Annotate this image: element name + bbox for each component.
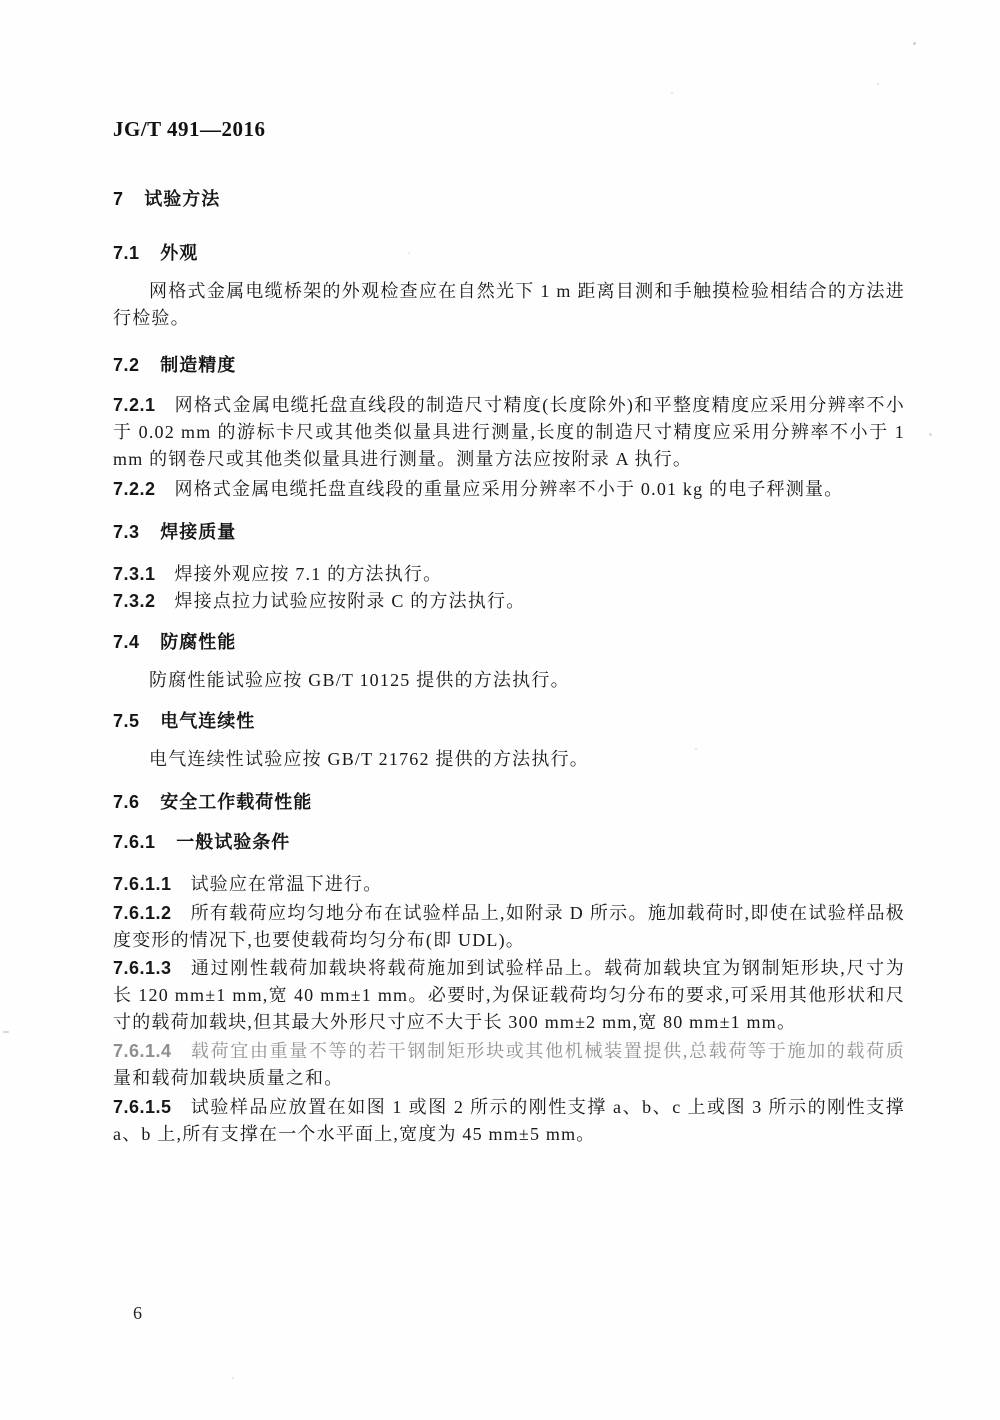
clause-7-2-2: 7.2.2网格式金属电缆托盘直线段的重量应采用分辨率不小于 0.01 kg 的电… — [113, 476, 905, 503]
paragraph-7-1: 网格式金属电缆桥架的外观检查应在自然光下 1 m 距离目测和手触摸检验相结合的方… — [113, 278, 905, 332]
scan-speck — [408, 252, 410, 254]
clause-title: 外观 — [160, 243, 198, 263]
section-heading-7-2: 7.2制造精度 — [113, 354, 905, 376]
section-heading-7-3: 7.3焊接质量 — [113, 521, 905, 543]
section-heading-7-4: 7.4防腐性能 — [113, 631, 905, 653]
section-heading-7-6: 7.6安全工作载荷性能 — [113, 791, 905, 813]
paragraph-7-4: 防腐性能试验应按 GB/T 10125 提供的方法执行。 — [113, 667, 905, 694]
clause-number: 7.6.1.5 — [113, 1097, 172, 1117]
clause-7-2-1: 7.2.1网格式金属电缆托盘直线段的制造尺寸精度(长度除外)和平整度精度应采用分… — [113, 392, 905, 473]
clause-number: 7.6.1.2 — [113, 903, 172, 923]
scan-speck — [232, 1377, 234, 1379]
clause-number: 7 — [113, 188, 124, 210]
clause-number: 7.6.1.1 — [113, 874, 172, 894]
clause-text: 网格式金属电缆托盘直线段的制造尺寸精度(长度除外)和平整度精度应采用分辨率不小于… — [113, 395, 905, 469]
clause-number: 7.2.1 — [113, 395, 156, 415]
chapter-heading-7: 7试验方法 — [113, 188, 905, 210]
clause-number: 7.6.1.3 — [113, 958, 172, 978]
clause-7-6-1-4: 7.6.1.4载荷宜由重量不等的若干钢制矩形块或其他机械装置提供,总载荷等于施加… — [113, 1038, 905, 1092]
clause-number: 7.6.1 — [113, 831, 156, 853]
clause-title: 电气连续性 — [160, 711, 255, 731]
clause-text: 焊接外观应按 7.1 的方法执行。 — [174, 564, 442, 584]
clause-number: 7.3.2 — [113, 591, 156, 611]
scan-speck — [877, 83, 879, 85]
clause-text: 所有载荷应均匀地分布在试验样品上,如附录 D 所示。施加载荷时,即使在试验样品极… — [113, 903, 905, 950]
paragraph-7-5: 电气连续性试验应按 GB/T 21762 提供的方法执行。 — [113, 746, 905, 773]
clause-title: 安全工作载荷性能 — [160, 792, 312, 812]
clause-number: 7.2.2 — [113, 479, 156, 499]
clause-title: 防腐性能 — [160, 632, 236, 652]
clause-text: 网格式金属电缆托盘直线段的重量应采用分辨率不小于 0.01 kg 的电子秤测量。 — [174, 479, 843, 499]
clause-number: 7.6 — [113, 791, 140, 813]
scan-speck — [695, 748, 697, 750]
scan-speck — [3, 1031, 9, 1033]
section-heading-7-5: 7.5电气连续性 — [113, 710, 905, 732]
scan-speck — [913, 42, 916, 45]
clause-text: 试验样品应放置在如图 1 或图 2 所示的刚性支撑 a、b、c 上或图 3 所示… — [113, 1097, 905, 1144]
clause-number: 7.5 — [113, 710, 140, 732]
document-page: JG/T 491—2016 7试验方法 7.1外观 网格式金属电缆桥架的外观检查… — [0, 0, 1000, 1420]
clause-number: 7.4 — [113, 631, 140, 653]
clause-title: 焊接质量 — [160, 522, 236, 542]
clause-7-6-1-5: 7.6.1.5试验样品应放置在如图 1 或图 2 所示的刚性支撑 a、b、c 上… — [113, 1094, 905, 1148]
clause-number: 7.3 — [113, 521, 140, 543]
clause-7-6-1-1: 7.6.1.1试验应在常温下进行。 — [113, 871, 905, 898]
clause-number: 7.3.1 — [113, 564, 156, 584]
section-heading-7-1: 7.1外观 — [113, 242, 905, 264]
clause-text: 载荷宜由重量不等的若干钢制矩形块或其他机械装置提供,总载荷等于施加的载荷质量和载… — [113, 1041, 905, 1088]
page-content: JG/T 491—2016 7试验方法 7.1外观 网格式金属电缆桥架的外观检查… — [113, 118, 905, 1148]
standard-number-header: JG/T 491—2016 — [113, 118, 905, 140]
clause-title: 制造精度 — [160, 355, 236, 375]
clause-7-6-1-3: 7.6.1.3通过刚性载荷加载块将载荷施加到试验样品上。载荷加载块宜为钢制矩形块… — [113, 955, 905, 1036]
clause-title: 试验方法 — [144, 189, 220, 209]
page-number: 6 — [133, 1303, 142, 1324]
clause-7-6-1-2: 7.6.1.2所有载荷应均匀地分布在试验样品上,如附录 D 所示。施加载荷时,即… — [113, 900, 905, 954]
scan-speck — [671, 92, 673, 94]
clause-title: 一般试验条件 — [176, 832, 290, 852]
clause-number: 7.1 — [113, 242, 140, 264]
clause-7-3-2: 7.3.2焊接点拉力试验应按附录 C 的方法执行。 — [113, 588, 905, 615]
clause-number: 7.2 — [113, 354, 140, 376]
clause-text: 试验应在常温下进行。 — [190, 874, 382, 894]
section-heading-7-6-1: 7.6.1一般试验条件 — [113, 831, 905, 853]
clause-number: 7.6.1.4 — [113, 1041, 172, 1061]
clause-text: 焊接点拉力试验应按附录 C 的方法执行。 — [174, 591, 525, 611]
clause-text: 通过刚性载荷加载块将载荷施加到试验样品上。载荷加载块宜为钢制矩形块,尺寸为长 1… — [113, 958, 905, 1032]
scan-speck — [929, 433, 932, 436]
clause-7-3-1: 7.3.1焊接外观应按 7.1 的方法执行。 — [113, 561, 905, 588]
